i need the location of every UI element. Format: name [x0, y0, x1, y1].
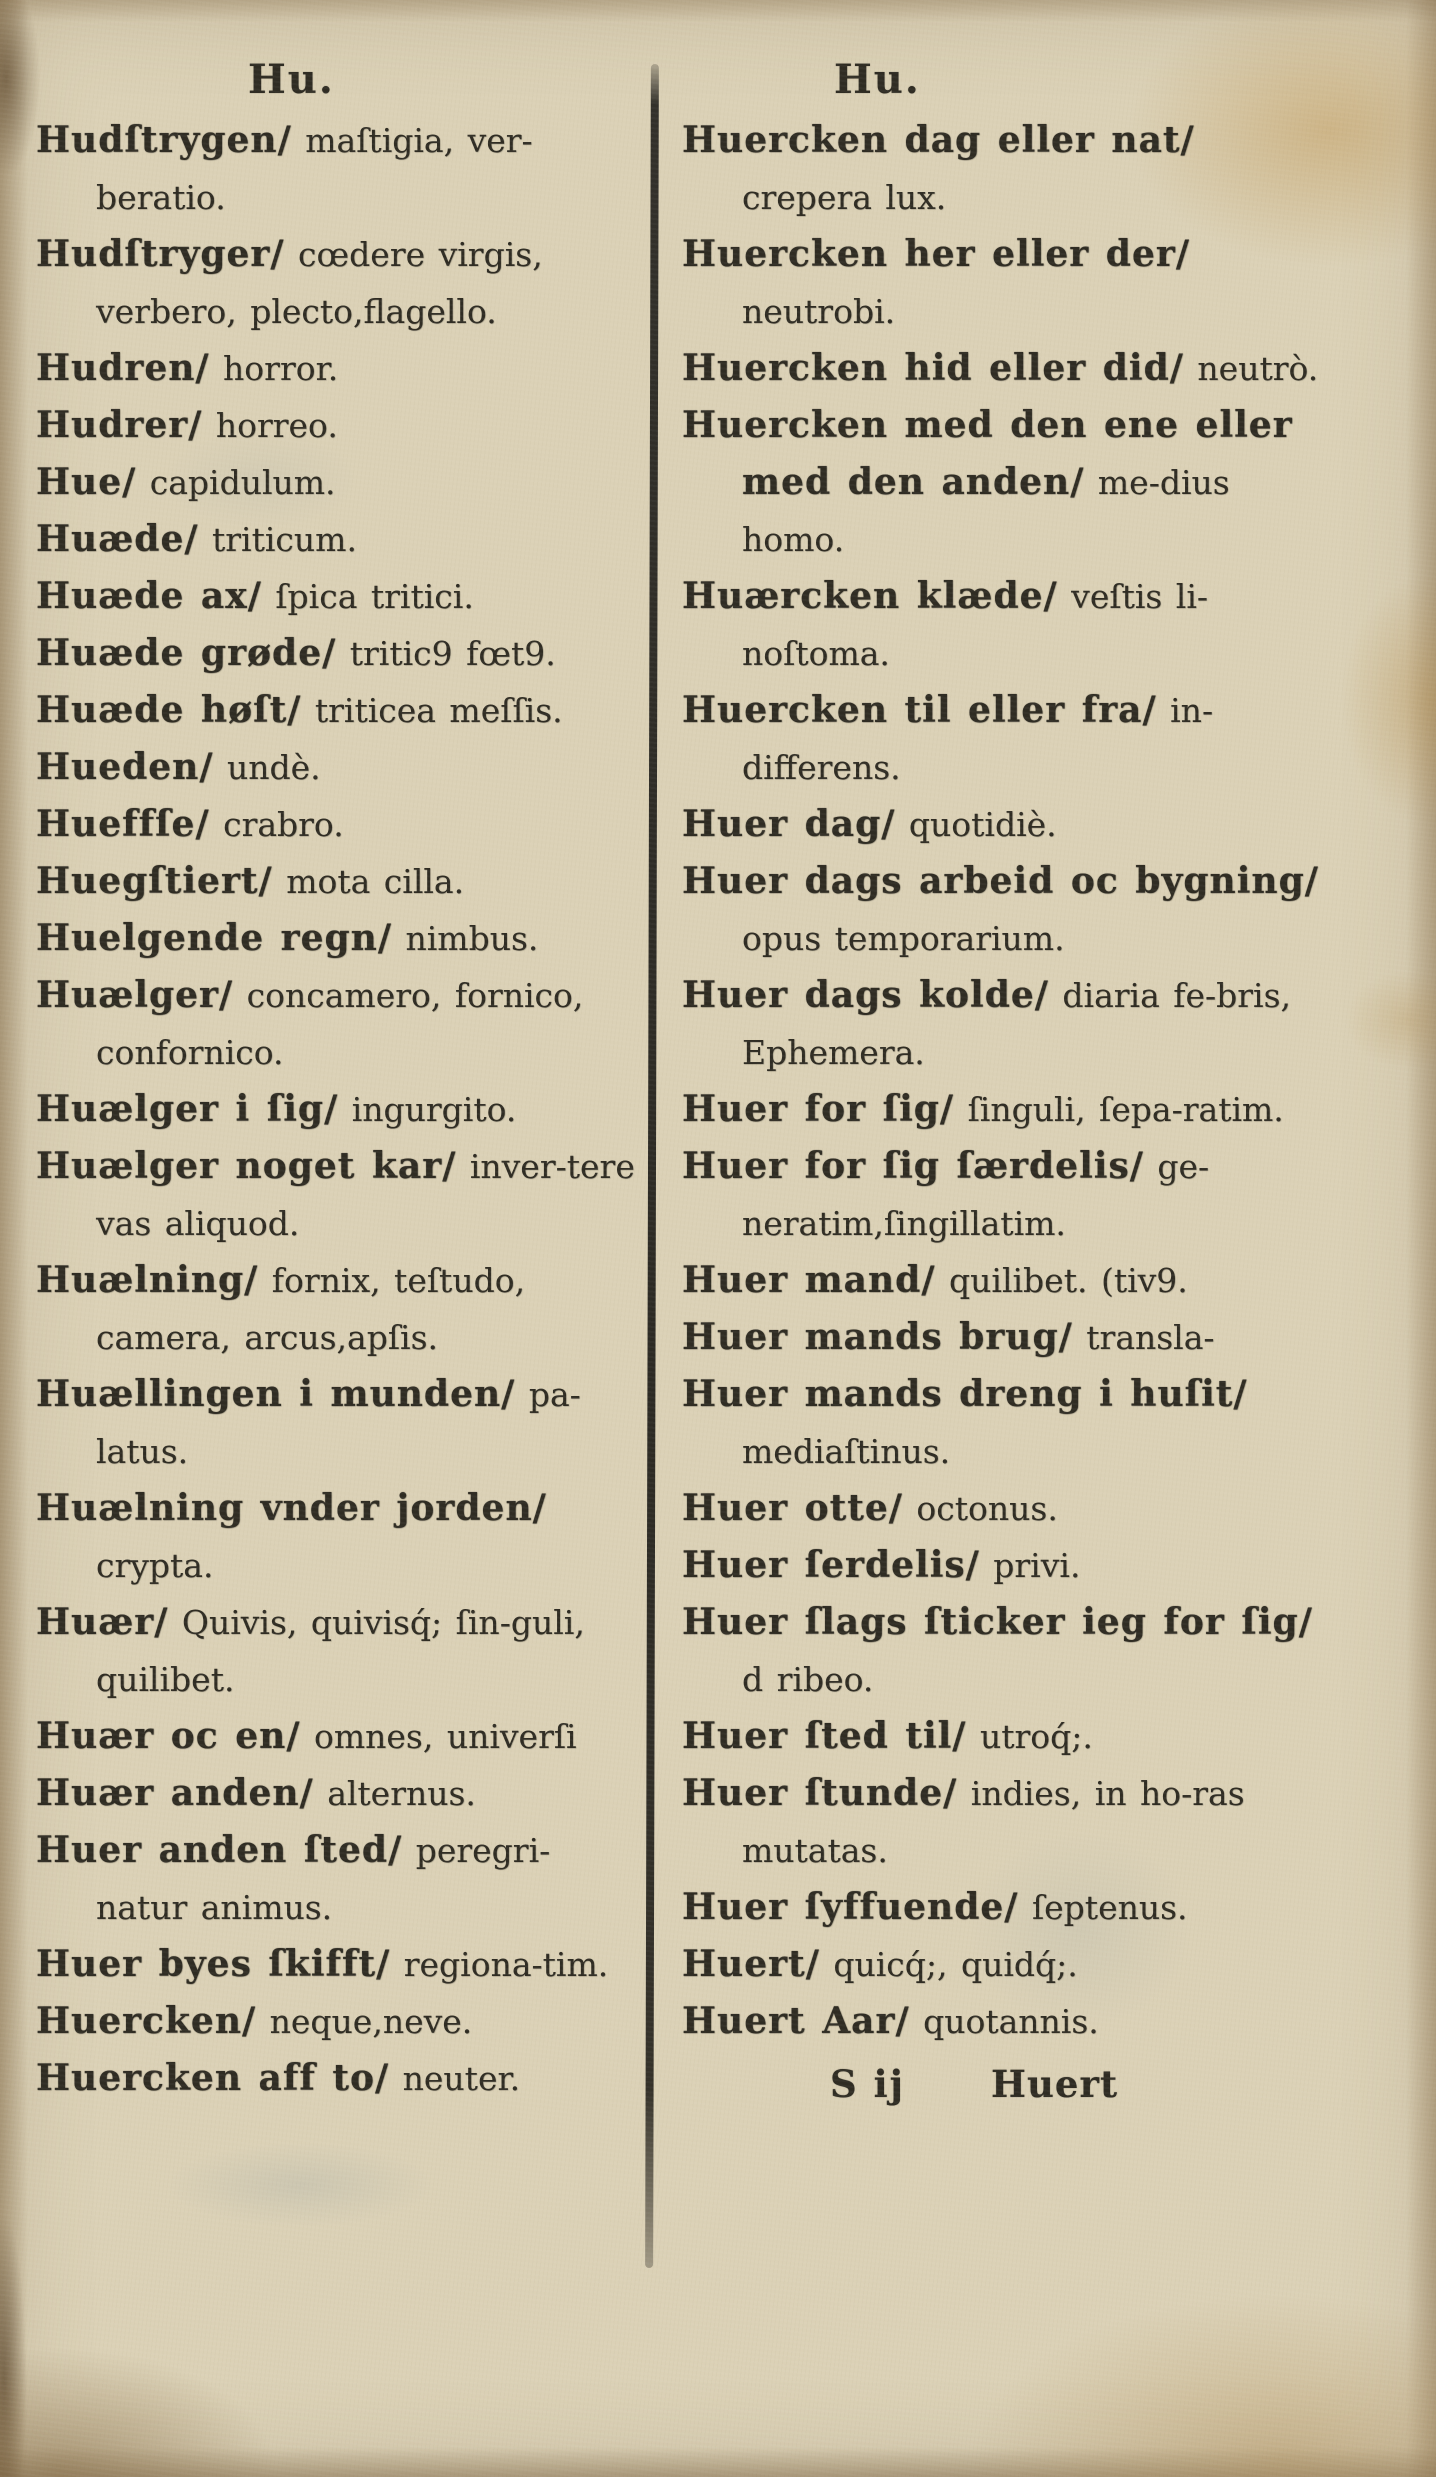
headword: Huer ſyffuende/	[682, 1886, 1018, 1928]
right-entries-list: Huercken dag eller nat/ crepera lux.Huer…	[682, 112, 1324, 2050]
dictionary-entry: Huer for ſig/ ſinguli, ſepa-ratim.	[682, 1081, 1324, 1138]
dictionary-entry: Hueffſe/ crabro.	[36, 796, 638, 853]
headword: Huer for ſig ſærdelis/	[682, 1145, 1144, 1187]
latin-gloss: crepera lux.	[742, 178, 946, 217]
headword: Huelgende regn/	[36, 917, 392, 959]
right-running-head: Hu.	[682, 48, 1324, 112]
latin-gloss: Quivis, quivisq́; ſin-guli, quilibet.	[96, 1603, 585, 1699]
headword: Huer dags arbeid oc bygning/	[682, 860, 1319, 902]
latin-gloss: regiona-tim.	[390, 1945, 608, 1984]
headword: Huer ſerdelis/	[682, 1544, 980, 1586]
column-divider	[645, 64, 659, 2268]
latin-gloss: transla-	[1073, 1318, 1215, 1357]
dictionary-entry: Huer ſlags ſticker ieg for ſig/ d ribeo.	[682, 1594, 1324, 1708]
dictionary-entry: Huelgende regn/ nimbus.	[36, 910, 638, 967]
dictionary-entry: Huælger/ concamero, fornico, confornico.	[36, 967, 638, 1081]
headword: Hueffſe/	[36, 803, 210, 845]
latin-gloss: d ribeo.	[742, 1660, 873, 1699]
dictionary-entry: Hueden/ undè.	[36, 739, 638, 796]
latin-gloss: opus temporarium.	[742, 919, 1065, 958]
dictionary-entry: Huer ſtunde/ indies, in ho-ras mutatas.	[682, 1765, 1324, 1879]
latin-gloss: neuter.	[389, 2059, 520, 2098]
dictionary-entry: Huæde ax/ ſpica tritici.	[36, 568, 638, 625]
dictionary-entry: Huert Aar/ quotannis.	[682, 1993, 1324, 2050]
dictionary-entry: Huer dag/ quotidiè.	[682, 796, 1324, 853]
latin-gloss: ſeptenus.	[1018, 1888, 1187, 1927]
headword: Huercken/	[36, 2000, 256, 2042]
left-running-head: Hu.	[36, 48, 638, 112]
dictionary-entry: Huælning/ fornix, teſtudo, camera, arcus…	[36, 1252, 638, 1366]
dictionary-entry: Huer dags arbeid oc bygning/ opus tempor…	[682, 853, 1324, 967]
headword: Huær/	[36, 1601, 168, 1643]
latin-gloss: crypta.	[96, 1546, 213, 1585]
latin-gloss: crabro.	[210, 805, 344, 844]
dictionary-entry: Huer byes ſkifft/ regiona-tim.	[36, 1936, 638, 1993]
latin-gloss: triticea meſſis.	[301, 691, 562, 730]
latin-gloss: quotannis.	[910, 2002, 1099, 2041]
dictionary-entry: Huercken/ neque,neve.	[36, 1993, 638, 2050]
latin-gloss: horreo.	[202, 406, 337, 445]
headword: Huercken aff to/	[36, 2057, 389, 2099]
dictionary-entry: Huer anden ſted/ peregri-natur animus.	[36, 1822, 638, 1936]
dictionary-entry: Huercken dag eller nat/ crepera lux.	[682, 112, 1324, 226]
headword: Huer mands brug/	[682, 1316, 1073, 1358]
catchword: Huert	[991, 2056, 1118, 2113]
dictionary-entry: Huer dags kolde/ diaria fe-bris, Ephemer…	[682, 967, 1324, 1081]
latin-gloss: utroq́;.	[966, 1717, 1092, 1756]
dictionary-entry: Huer ſerdelis/ privi.	[682, 1537, 1324, 1594]
headword: Huer for ſig/	[682, 1088, 954, 1130]
headword: Hudſtryger/	[36, 233, 285, 275]
latin-gloss: triticum.	[199, 520, 357, 559]
latin-gloss: privi.	[980, 1546, 1081, 1585]
dictionary-entry: Huer otte/ octonus.	[682, 1480, 1324, 1537]
latin-gloss: neutrobi.	[742, 292, 895, 331]
dictionary-entry: Huercken hid eller did/ neutrò.	[682, 340, 1324, 397]
dictionary-entry: Huælger noget kar/ inver-tere vas aliquo…	[36, 1138, 638, 1252]
latin-gloss: capidulum.	[136, 463, 335, 502]
headword: Hudren/	[36, 347, 210, 389]
headword: Hue/	[36, 461, 136, 503]
headword: Huæde grøde/	[36, 632, 336, 674]
latin-gloss: mota cilla.	[273, 862, 464, 901]
headword: Huercken dag eller nat/	[682, 119, 1195, 161]
left-column: Hu. Hudſtrygen/ maſtigia, ver-beratio.Hu…	[36, 48, 638, 2107]
headword: Huert Aar/	[682, 2000, 910, 2042]
dictionary-entry: Hudrer/ horreo.	[36, 397, 638, 454]
headword: Huæde høſt/	[36, 689, 301, 731]
headword: Huercken til eller fra/	[682, 689, 1157, 731]
footer-line: S ij Huert	[682, 2056, 1324, 2113]
dictionary-entry: Huælning vnder jorden/ crypta.	[36, 1480, 638, 1594]
latin-gloss: octonus.	[903, 1489, 1058, 1528]
latin-gloss: undè.	[214, 748, 321, 787]
dictionary-entry: Huer ſted til/ utroq́;.	[682, 1708, 1324, 1765]
dictionary-entry: Hue/ capidulum.	[36, 454, 638, 511]
latin-gloss: ſinguli, ſepa-ratim.	[954, 1090, 1284, 1129]
dictionary-entry: Huæde/ triticum.	[36, 511, 638, 568]
latin-gloss: quotidiè.	[895, 805, 1056, 844]
headword: Huer mands dreng i huſit/	[682, 1373, 1248, 1415]
dictionary-entry: Huer mand/ quilibet. (tiv9.	[682, 1252, 1324, 1309]
dictionary-entry: Huer mands brug/ transla-	[682, 1309, 1324, 1366]
headword: Huer dags kolde/	[682, 974, 1049, 1016]
book-page: Hu. Hudſtrygen/ maſtigia, ver-beratio.Hu…	[0, 0, 1436, 2477]
latin-gloss: mediaſtinus.	[742, 1432, 950, 1471]
dictionary-entry: Huer mands dreng i huſit/ mediaſtinus.	[682, 1366, 1324, 1480]
headword: Huæde/	[36, 518, 199, 560]
left-entries-list: Hudſtrygen/ maſtigia, ver-beratio.Hudſtr…	[36, 112, 638, 2107]
dictionary-entry: Huer ſyffuende/ ſeptenus.	[682, 1879, 1324, 1936]
dictionary-entry: Huer for ſig ſærdelis/ ge-neratim,ſingil…	[682, 1138, 1324, 1252]
headword: Huer mand/	[682, 1259, 936, 1301]
dictionary-entry: Hudſtrygen/ maſtigia, ver-beratio.	[36, 112, 638, 226]
headword: Huercken her eller der/	[682, 233, 1190, 275]
latin-gloss: tritic9 fœt9.	[336, 634, 555, 673]
dictionary-entry: Huællingen i munden/ pa-latus.	[36, 1366, 638, 1480]
headword: Huert/	[682, 1943, 820, 1985]
headword: Huælger/	[36, 974, 233, 1016]
dictionary-entry: Hudſtryger/ cœdere virgis, verbero, plec…	[36, 226, 638, 340]
headword: Huælning vnder jorden/	[36, 1487, 547, 1529]
headword: Huer ſtunde/	[682, 1772, 957, 1814]
headword: Hudſtrygen/	[36, 119, 292, 161]
dictionary-entry: Huælger i ſig/ ingurgito.	[36, 1081, 638, 1138]
dictionary-entry: Hudren/ horror.	[36, 340, 638, 397]
headword: Huer dag/	[682, 803, 895, 845]
dictionary-entry: Huær oc en/ omnes, univerſi	[36, 1708, 638, 1765]
dictionary-entry: Huercken her eller der/ neutrobi.	[682, 226, 1324, 340]
latin-gloss: omnes, univerſi	[300, 1717, 576, 1756]
dictionary-entry: Huæde grøde/ tritic9 fœt9.	[36, 625, 638, 682]
headword: Huer otte/	[682, 1487, 903, 1529]
headword: Huællingen i munden/	[36, 1373, 515, 1415]
headword: Huærcken klæde/	[682, 575, 1058, 617]
headword: Huælger noget kar/	[36, 1145, 456, 1187]
headword: Huæde ax/	[36, 575, 262, 617]
headword: Hueden/	[36, 746, 214, 788]
dictionary-entry: Huercken med den ene eller med den anden…	[682, 397, 1324, 568]
dictionary-entry: Huercken aff to/ neuter.	[36, 2050, 638, 2107]
dictionary-entry: Huercken til eller fra/ in-differens.	[682, 682, 1324, 796]
signature-mark: S ij	[830, 2056, 905, 2113]
latin-gloss: ſpica tritici.	[262, 577, 474, 616]
dictionary-entry: Huær/ Quivis, quivisq́; ſin-guli, quilib…	[36, 1594, 638, 1708]
dictionary-entry: Huert/ quicq́;, quidq́;.	[682, 1936, 1324, 1993]
headword: Huælning/	[36, 1259, 258, 1301]
latin-gloss: quicq́;, quidq́;.	[820, 1945, 1078, 1984]
dictionary-entry: Huegſtiert/ mota cilla.	[36, 853, 638, 910]
latin-gloss: neque,neve.	[256, 2002, 472, 2041]
right-column: Hu. Huercken dag eller nat/ crepera lux.…	[682, 48, 1324, 2113]
latin-gloss: nimbus.	[392, 919, 538, 958]
latin-gloss: quilibet. (tiv9.	[936, 1261, 1188, 1300]
headword: Huercken hid eller did/	[682, 347, 1184, 389]
latin-gloss: horror.	[210, 349, 339, 388]
latin-gloss: neutrò.	[1184, 349, 1318, 388]
headword: Huær anden/	[36, 1772, 314, 1814]
headword: Huer ſted til/	[682, 1715, 966, 1757]
dictionary-entry: Huærcken klæde/ veſtis li-noſtoma.	[682, 568, 1324, 682]
headword: Huær oc en/	[36, 1715, 300, 1757]
headword: Huer anden ſted/	[36, 1829, 402, 1871]
latin-gloss: alternus.	[314, 1774, 476, 1813]
headword: Huælger i ſig/	[36, 1088, 338, 1130]
headword: Huer byes ſkifft/	[36, 1943, 390, 1985]
latin-gloss: ingurgito.	[338, 1090, 516, 1129]
headword: Huegſtiert/	[36, 860, 273, 902]
dictionary-entry: Huær anden/ alternus.	[36, 1765, 638, 1822]
headword: Huer ſlags ſticker ieg for ſig/	[682, 1601, 1313, 1643]
headword: Hudrer/	[36, 404, 202, 446]
dictionary-entry: Huæde høſt/ triticea meſſis.	[36, 682, 638, 739]
